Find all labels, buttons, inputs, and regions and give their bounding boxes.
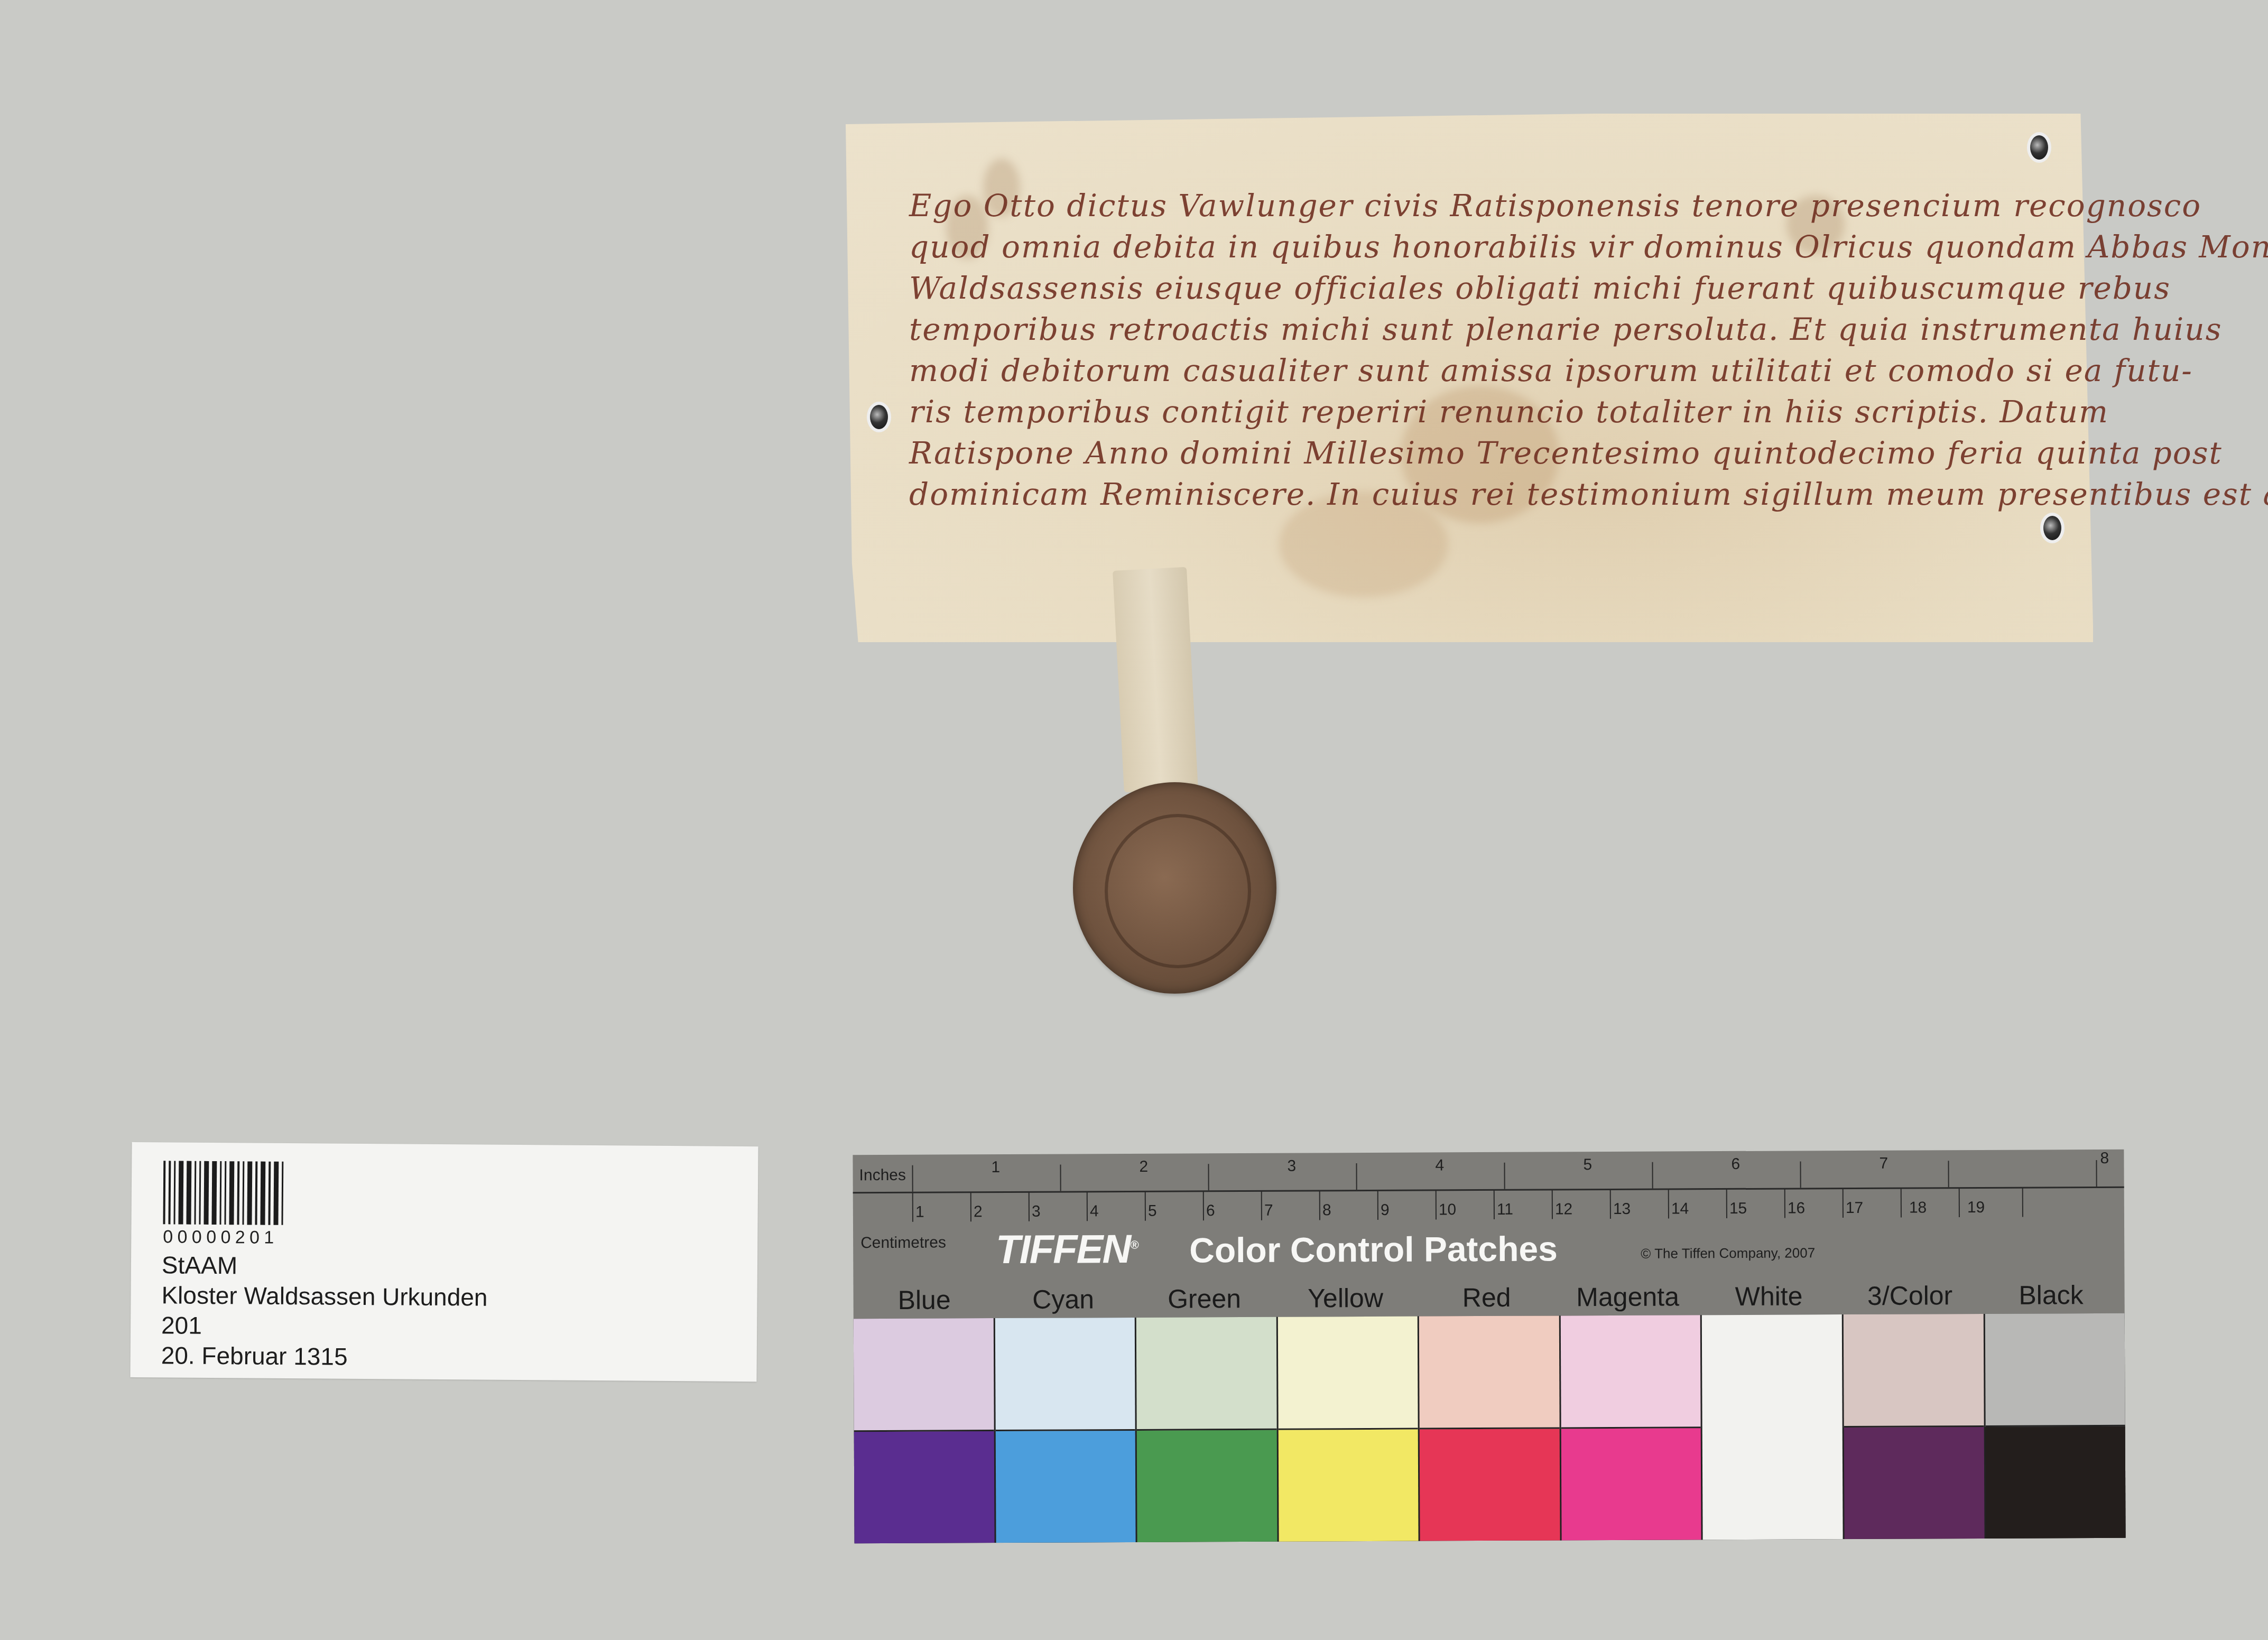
barcode-digit: 2 [235, 1227, 245, 1248]
patch-label-cyan: Cyan [994, 1284, 1132, 1315]
cm-mark: 9 [1381, 1201, 1390, 1219]
patch-black-dark [1985, 1426, 2125, 1539]
ruler-tick [1208, 1164, 1209, 1190]
ruler-tick [1800, 1161, 1801, 1188]
cm-mark: 17 [1846, 1199, 1864, 1217]
patch-3color [1844, 1314, 1986, 1539]
cm-mark: 15 [1729, 1200, 1747, 1218]
patch-label-red: Red [1418, 1282, 1555, 1313]
patch-label-green: Green [1135, 1283, 1273, 1314]
cm-mark: 6 [1206, 1202, 1215, 1220]
patch-black-light [1985, 1313, 2125, 1427]
patch-label-white: White [1700, 1281, 1837, 1312]
patch-black [1985, 1313, 2125, 1539]
barcode-icon [163, 1161, 286, 1225]
patch-green-light [1136, 1317, 1276, 1431]
patch-red-light [1419, 1315, 1559, 1429]
charter-line: quod omnia debita in quibus honorabilis … [909, 226, 2051, 267]
inch-mark: 2 [1139, 1158, 1148, 1176]
patch-blue-dark [854, 1431, 994, 1543]
cm-mark: 5 [1148, 1202, 1157, 1220]
patch-label-3color: 3/Color [1841, 1280, 1978, 1311]
ruler-tick [1948, 1161, 1949, 1187]
centimetres-label: Centimetres [860, 1234, 946, 1252]
inch-mark: 6 [1731, 1155, 1740, 1173]
cm-mark: 16 [1788, 1199, 1806, 1217]
collection-name: Kloster Waldsassen Urkunden [161, 1281, 487, 1311]
archive-name: StAAM [162, 1250, 238, 1280]
cm-mark: 10 [1439, 1201, 1457, 1219]
cm-mark: 2 [974, 1203, 983, 1221]
cm-mark: 14 [1671, 1200, 1689, 1218]
barcode-number: 0 0 0 0 0 2 0 1 [163, 1227, 274, 1248]
barcode-digit: 0 [220, 1227, 230, 1248]
cm-mark: 19 [1967, 1199, 1985, 1217]
charter-line: dominicam Reminiscere. In cuius rei test… [909, 474, 2051, 515]
chart-title: Color Control Patches [1189, 1228, 1558, 1270]
patch-magenta [1561, 1315, 1703, 1540]
seal-strap [1113, 567, 1198, 793]
barcode-digit: 0 [177, 1227, 187, 1247]
mounting-pin-icon [2027, 132, 2051, 163]
patch-cyan-light [995, 1318, 1135, 1431]
wax-seal [1073, 782, 1276, 994]
mounting-pin-icon [867, 402, 891, 432]
patch-label-blue: Blue [855, 1284, 993, 1315]
cm-mark: 7 [1264, 1202, 1273, 1220]
seal-inner-ring [1105, 814, 1251, 968]
patch-white [1702, 1314, 1844, 1540]
patch-green-dark [1137, 1430, 1277, 1542]
patch-red [1419, 1315, 1561, 1541]
document-date: 20. Februar 1315 [161, 1341, 348, 1370]
document-number: 201 [161, 1311, 202, 1340]
patch-yellow-light [1278, 1317, 1418, 1430]
tiffen-logo: TIFFEN® [996, 1226, 1138, 1273]
cm-mark: 8 [1322, 1201, 1331, 1219]
patch-green [1136, 1317, 1279, 1542]
cm-mark: 1 [915, 1203, 924, 1221]
charter-line: Ratispone Anno domini Millesimo Trecente… [909, 432, 2051, 474]
patch-blue-light [854, 1318, 994, 1432]
copyright-notice: © The Tiffen Company, 2007 [1641, 1245, 1815, 1262]
patch-label-yellow: Yellow [1276, 1283, 1414, 1314]
cm-mark: 18 [1909, 1199, 1927, 1217]
barcode-digit: 1 [264, 1228, 274, 1248]
ruler-axis [853, 1187, 2124, 1193]
patch-cyan-dark [995, 1431, 1135, 1543]
ruler-band: Inches 1 2 3 4 5 6 7 8 [853, 1150, 2124, 1319]
inch-mark: 4 [1435, 1156, 1444, 1174]
patch-white-full [1702, 1314, 1843, 1540]
registered-mark: ® [1130, 1238, 1137, 1252]
patch-3color-light [1844, 1314, 1984, 1428]
ruler-tick [1652, 1162, 1653, 1189]
barcode-digit: 0 [192, 1227, 202, 1248]
color-patches [854, 1313, 2126, 1543]
barcode-digit: 0 [206, 1227, 216, 1248]
patch-magenta-dark [1561, 1428, 1701, 1540]
cm-mark: 4 [1090, 1202, 1099, 1220]
patch-blue [854, 1318, 996, 1543]
ruler-tick [912, 1165, 913, 1192]
patch-3color-dark [1844, 1427, 1984, 1539]
patch-label-black: Black [1982, 1280, 2119, 1311]
cm-mark: 3 [1032, 1203, 1041, 1221]
barcode-digit: 0 [249, 1227, 260, 1248]
archive-label: 0 0 0 0 0 2 0 1 StAAM Kloster Waldsassen… [130, 1142, 758, 1382]
color-control-chart: Inches 1 2 3 4 5 6 7 8 [853, 1150, 2125, 1543]
ruler-tick [1356, 1163, 1357, 1190]
inch-mark: 7 [1879, 1155, 1888, 1173]
ruler-tick [1504, 1163, 1505, 1189]
cm-mark: 11 [1497, 1201, 1513, 1219]
charter-line: modi debitorum casualiter sunt amissa ip… [909, 350, 2051, 391]
mounting-pin-icon [2040, 513, 2065, 543]
patch-magenta-light [1561, 1315, 1701, 1429]
brand-name: TIFFEN [996, 1227, 1130, 1272]
patch-red-dark [1420, 1429, 1560, 1541]
inch-mark: 1 [991, 1159, 1000, 1176]
patch-yellow-dark [1278, 1430, 1418, 1542]
patch-label-magenta: Magenta [1559, 1281, 1696, 1312]
barcode-digit: 0 [163, 1227, 173, 1247]
charter-line: ris temporibus contigit reperiri renunci… [909, 391, 2051, 432]
cm-mark: 13 [1613, 1200, 1631, 1218]
inch-mark: 8 [2100, 1150, 2109, 1168]
cm-mark: 12 [1555, 1200, 1573, 1218]
charter-line: Waldsassensis eiusque officiales obligat… [909, 267, 2051, 309]
charter-line: temporibus retroactis michi sunt plenari… [909, 309, 2051, 350]
charter-text: Ego Otto dictus Vawlunger civis Ratispon… [909, 185, 2051, 515]
inches-label: Inches [859, 1166, 906, 1184]
ruler-tick [1060, 1165, 1061, 1191]
inch-mark: 3 [1287, 1157, 1296, 1175]
patch-yellow [1278, 1317, 1420, 1542]
patch-cyan [995, 1318, 1137, 1543]
inch-mark: 5 [1583, 1156, 1592, 1174]
ruler-tick [2096, 1160, 2097, 1187]
charter-line: Ego Otto dictus Vawlunger civis Ratispon… [909, 185, 2051, 226]
